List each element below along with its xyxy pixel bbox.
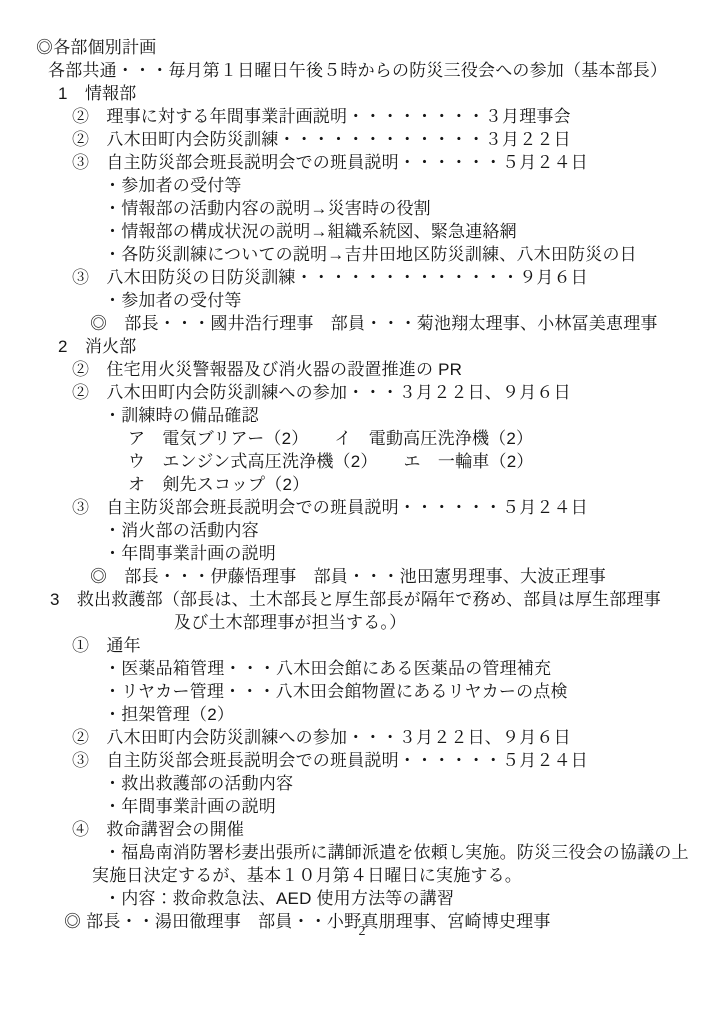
doc-line: ・福島南消防署杉妻出張所に講師派遣を依頼し実施。防災三役会の協議の上 xyxy=(0,841,724,864)
doc-line: 3 救出救護部（部長は、土木部長と厚生部長が隔年で務め、部員は厚生部理事 xyxy=(0,588,724,611)
doc-line: ・各防災訓練についての説明→吉井田地区防災訓練、八木田防災の日 xyxy=(0,243,724,266)
doc-line: ③ 自主防災部会班長説明会での班員説明・・・・・・５月２４日 xyxy=(0,151,724,174)
doc-line: 実施日決定するが、基本１０月第４日曜日に実施する。 xyxy=(0,864,724,887)
doc-line: オ 剣先スコップ（2） xyxy=(0,473,724,496)
doc-line: ・医薬品箱管理・・・八木田会館にある医薬品の管理補充 xyxy=(0,657,724,680)
doc-line: ア 電気ブリアー（2） イ 電動高圧洗浄機（2） xyxy=(0,427,724,450)
doc-line: ② 八木田町内会防災訓練への参加・・・３月２２日、９月６日 xyxy=(0,381,724,404)
doc-line: ・参加者の受付等 xyxy=(0,289,724,312)
page-number: 2 xyxy=(0,924,724,940)
doc-line: ◎ 部長・・・國井浩行理事 部員・・・菊池翔太理事、小林冨美恵理事 xyxy=(0,312,724,335)
doc-line: ・参加者の受付等 xyxy=(0,174,724,197)
doc-line: ② 理事に対する年間事業計画説明・・・・・・・・３月理事会 xyxy=(0,105,724,128)
doc-line: ◎各部個別計画 xyxy=(0,36,724,59)
doc-line: 2 消火部 xyxy=(0,335,724,358)
doc-line: ・情報部の構成状況の説明→組織系統図、緊急連絡網 xyxy=(0,220,724,243)
doc-line: ③ 自主防災部会班長説明会での班員説明・・・・・・５月２４日 xyxy=(0,496,724,519)
doc-line: ・年間事業計画の説明 xyxy=(0,542,724,565)
doc-line: ④ 救命講習会の開催 xyxy=(0,818,724,841)
doc-line: ③ 自主防災部会班長説明会での班員説明・・・・・・５月２４日 xyxy=(0,749,724,772)
doc-line: ・訓練時の備品確認 xyxy=(0,404,724,427)
doc-line: 各部共通・・・毎月第１日曜日午後５時からの防災三役会への参加（基本部長） xyxy=(0,59,724,82)
doc-line: 及び土木部理事が担当する。） xyxy=(0,611,724,634)
doc-line: ③ 八木田防災の日防災訓練・・・・・・・・・・・・・９月６日 xyxy=(0,266,724,289)
doc-line: ・情報部の活動内容の説明→災害時の役割 xyxy=(0,197,724,220)
document-body: ◎各部個別計画各部共通・・・毎月第１日曜日午後５時からの防災三役会への参加（基本… xyxy=(0,36,724,933)
doc-line: ウ エンジン式高圧洗浄機（2） エ 一輪車（2） xyxy=(0,450,724,473)
doc-line: ◎ 部長・・・伊藤悟理事 部員・・・池田憲男理事、大波正理事 xyxy=(0,565,724,588)
doc-line: ② 八木田町内会防災訓練・・・・・・・・・・・・３月２２日 xyxy=(0,128,724,151)
doc-line: ② 八木田町内会防災訓練への参加・・・３月２２日、９月６日 xyxy=(0,726,724,749)
doc-line: ・担架管理（2） xyxy=(0,703,724,726)
doc-line: ・消火部の活動内容 xyxy=(0,519,724,542)
doc-line: ・救出救護部の活動内容 xyxy=(0,772,724,795)
doc-line: 1 情報部 xyxy=(0,82,724,105)
doc-line: ・内容：救命救急法、AED 使用方法等の講習 xyxy=(0,887,724,910)
doc-line: ① 通年 xyxy=(0,634,724,657)
doc-line: ② 住宅用火災警報器及び消火器の設置推進の PR xyxy=(0,358,724,381)
doc-line: ・年間事業計画の説明 xyxy=(0,795,724,818)
document-page: ◎各部個別計画各部共通・・・毎月第１日曜日午後５時からの防災三役会への参加（基本… xyxy=(0,0,724,1024)
doc-line: ・リヤカー管理・・・八木田会館物置にあるリヤカーの点検 xyxy=(0,680,724,703)
